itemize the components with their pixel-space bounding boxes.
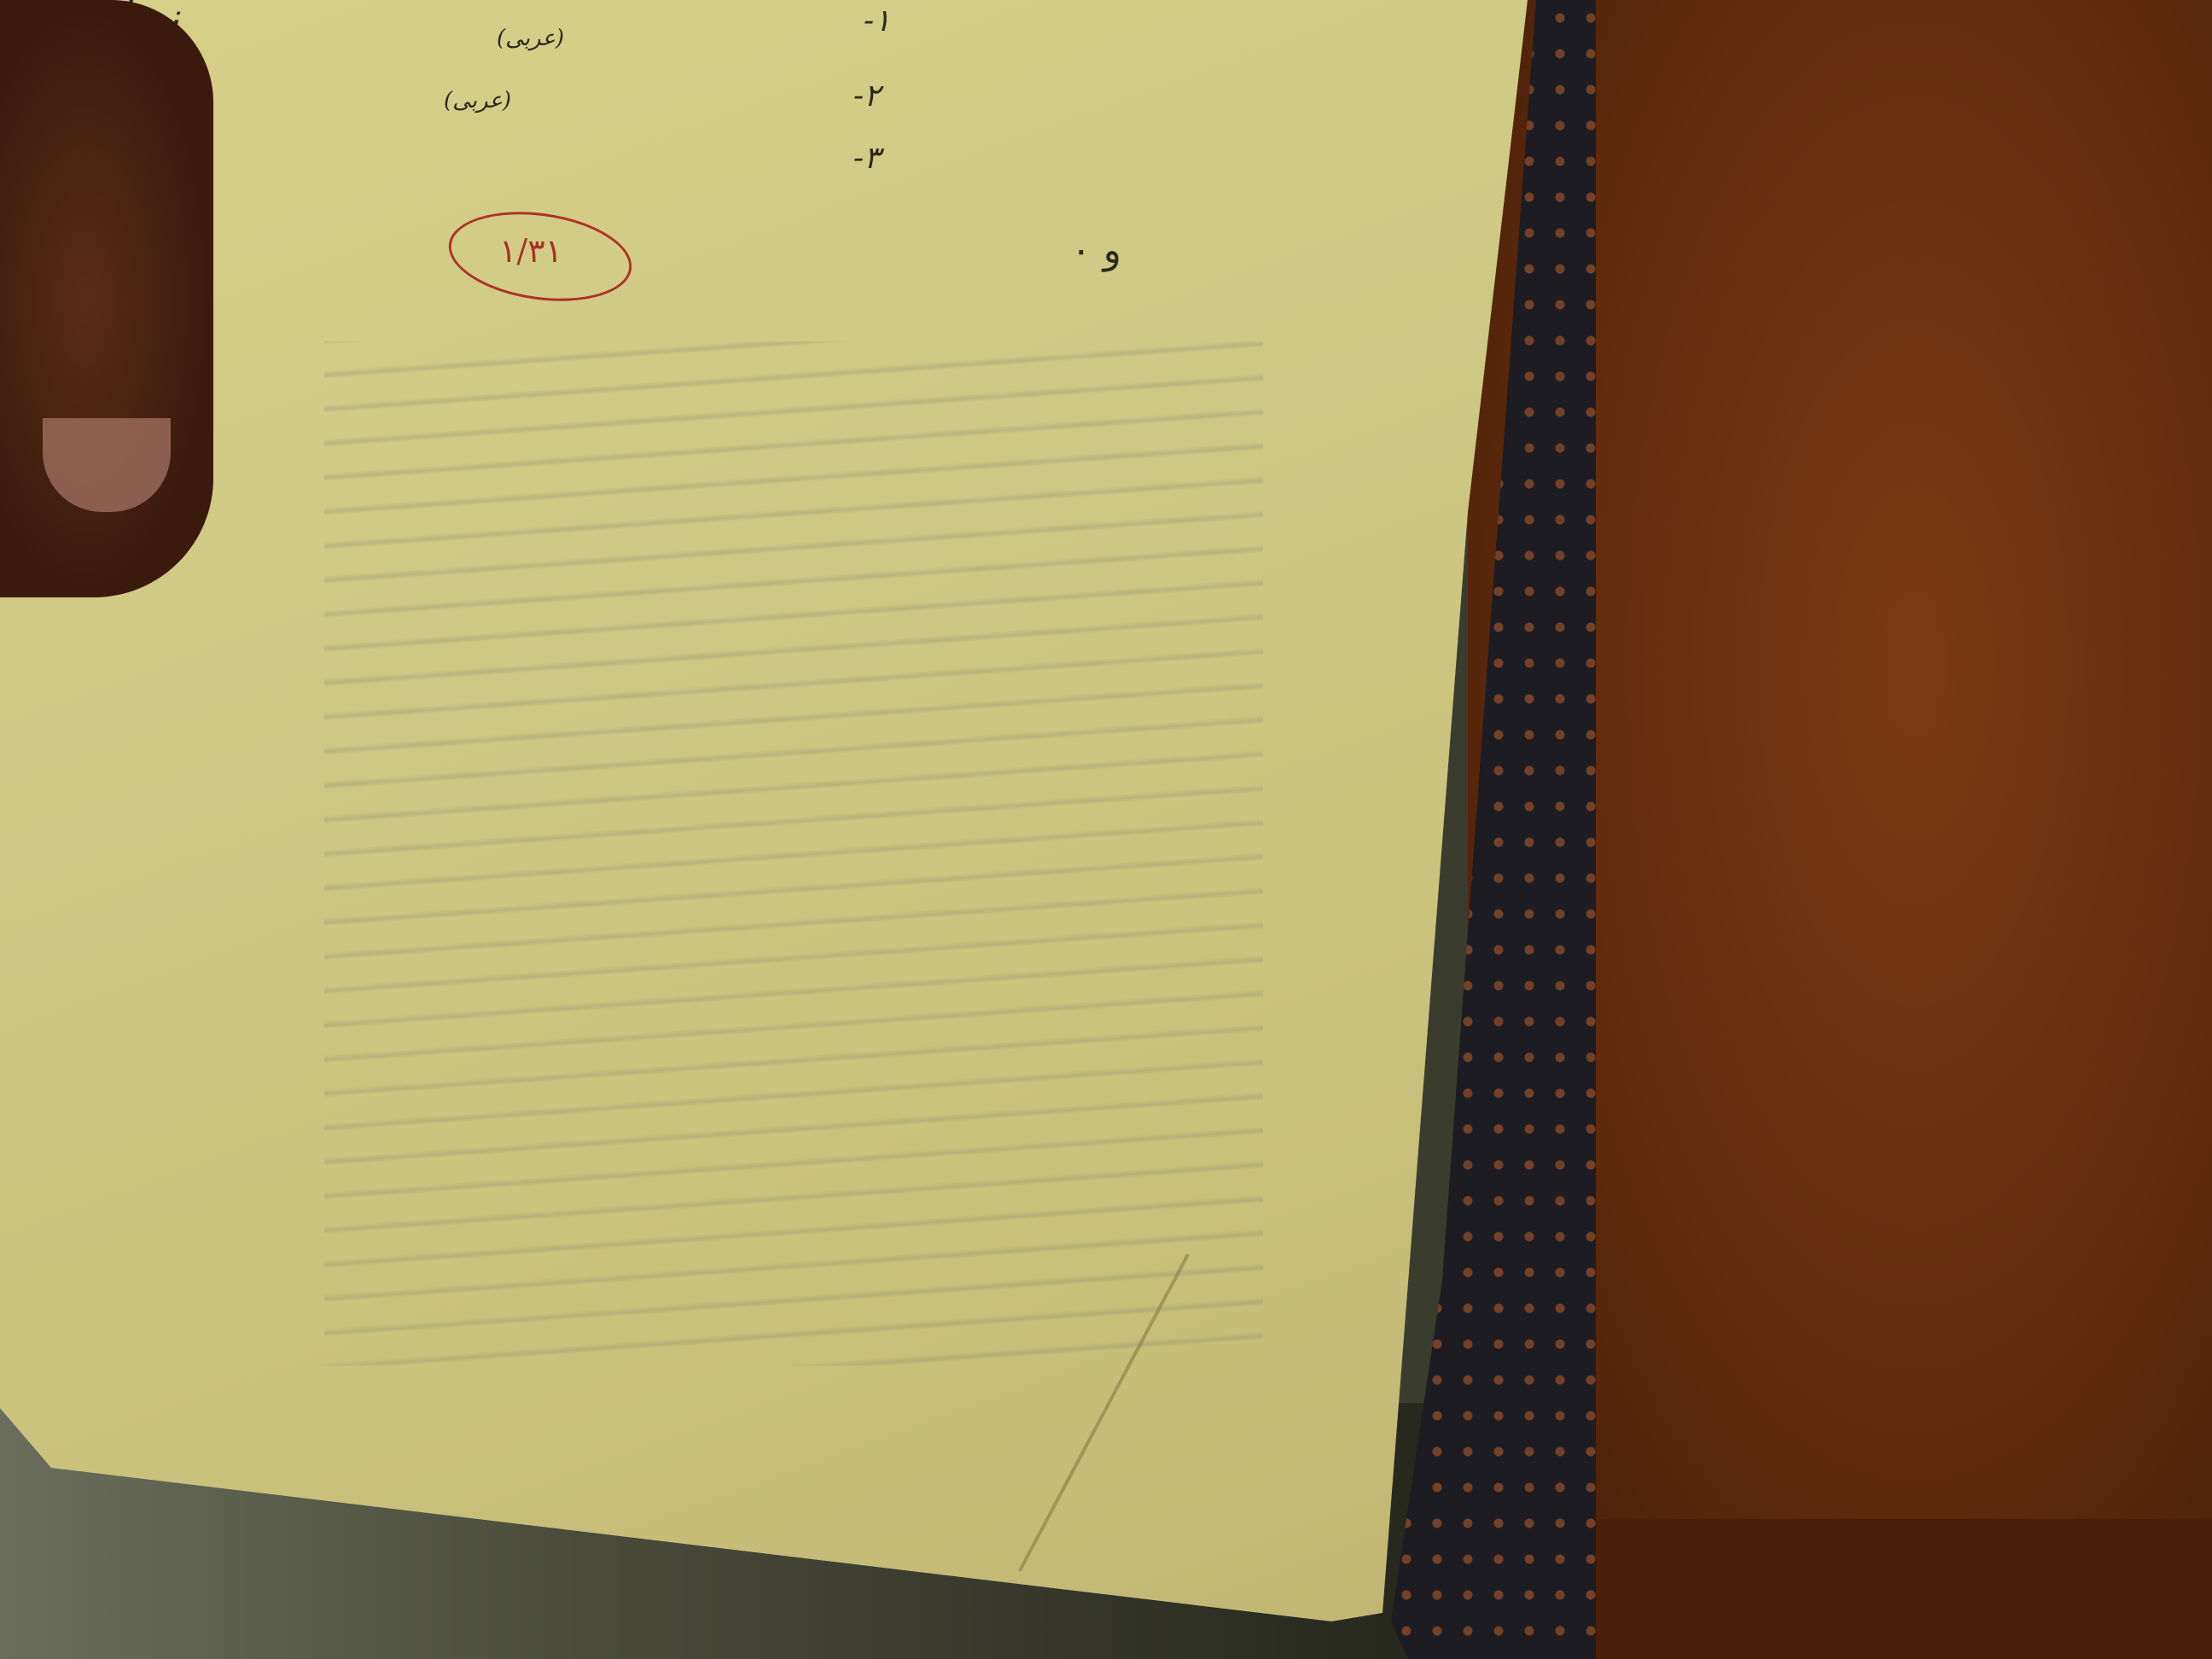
manuscript-page: ١- نصائح ... ٢- چهل حدیث تلاسی (عربی) ٣-… bbox=[0, 0, 1528, 1621]
red-catalog-number: ١/٣١ bbox=[499, 232, 562, 270]
item-number-2: ٢- bbox=[853, 79, 881, 114]
fingernail bbox=[43, 418, 171, 512]
item-note-2: (عربی) bbox=[497, 26, 564, 51]
item-number-1: ١- bbox=[864, 3, 891, 38]
item-note-3: (عربی) bbox=[444, 88, 511, 114]
photo-scene: ١- نصائح ... ٢- چهل حدیث تلاسی (عربی) ٣-… bbox=[0, 0, 2212, 1659]
item-number-3: ٣- bbox=[853, 141, 881, 176]
margin-note: و ٠ bbox=[1071, 229, 1121, 272]
bleed-through-text bbox=[324, 341, 1263, 1365]
finger bbox=[0, 0, 213, 597]
